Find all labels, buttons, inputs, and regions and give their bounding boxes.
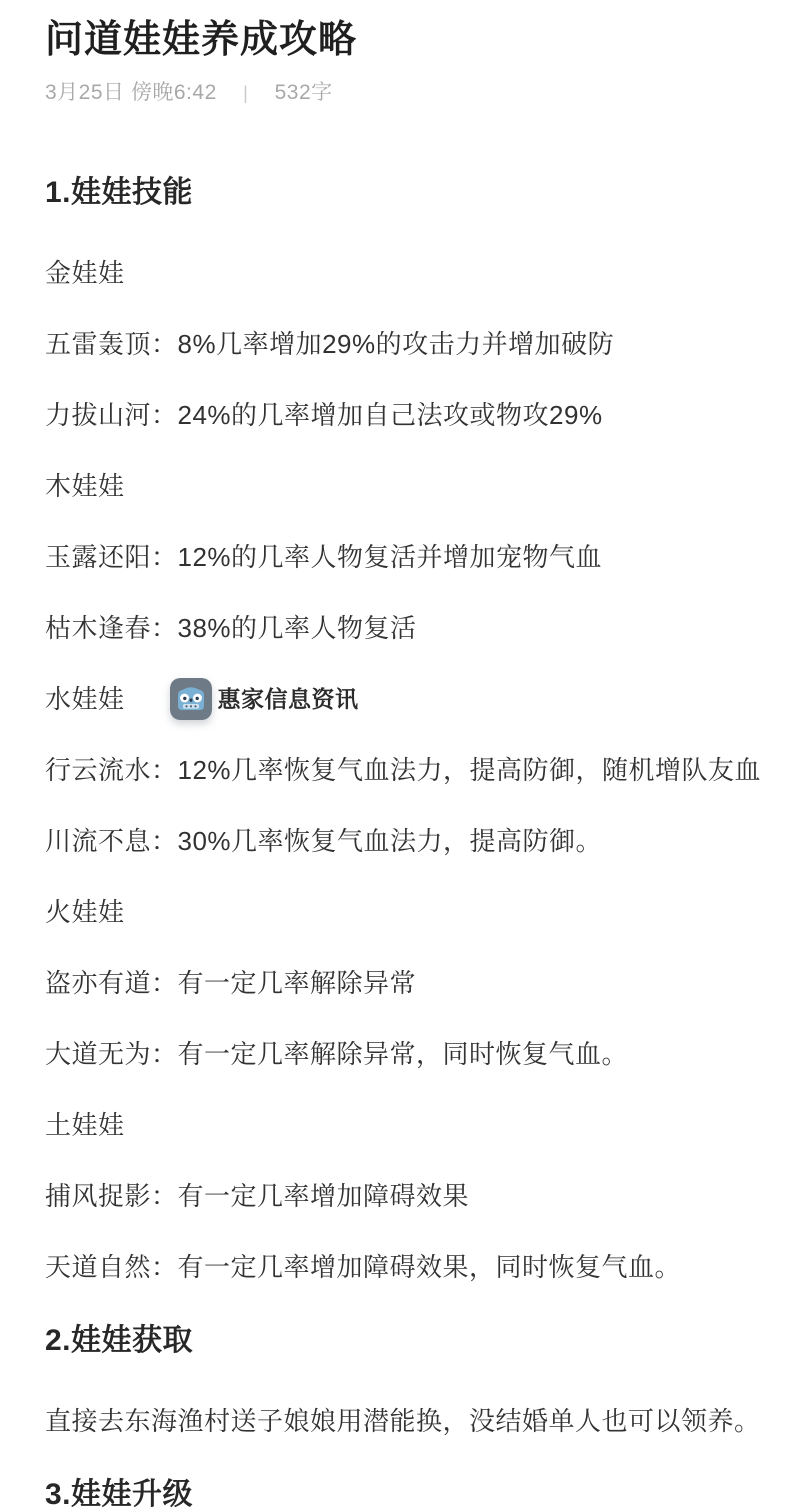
paragraph-gold-doll: 金娃娃: [45, 257, 760, 289]
watermark: 惠家信息资讯: [170, 678, 359, 720]
section-doll-skills: 1.娃娃技能 金娃娃 五雷轰顶：8%几率增加29%的攻击力并增加破防 力拔山河：…: [45, 174, 760, 1283]
paragraph-skill: 玉露还阳：12%的几率人物复活并增加宠物气血: [45, 541, 760, 573]
paragraph-wood-doll: 木娃娃: [45, 470, 760, 502]
watermark-label: 惠家信息资讯: [218, 683, 359, 715]
paragraph-skill: 盗亦有道：有一定几率解除异常: [45, 967, 760, 999]
paragraph-skill: 行云流水：12%几率恢复气血法力，提高防御，随机增队友血: [45, 754, 760, 786]
paragraph-earth-doll: 土娃娃: [45, 1109, 760, 1141]
paragraph-skill: 大道无为：有一定几率解除异常，同时恢复气血。: [45, 1038, 760, 1070]
paragraph-obtain: 直接去东海渔村送子娘娘用潜能换，没结婚单人也可以领养。: [45, 1405, 760, 1437]
note-meta: 3月25日 傍晚6:42 | 532字: [45, 80, 760, 106]
section-heading: 3.娃娃升级: [45, 1476, 760, 1508]
paragraph-water-doll: 水娃娃 惠家信息资讯: [45, 683, 760, 715]
section-doll-obtain: 2.娃娃获取 直接去东海渔村送子娘娘用潜能换，没结婚单人也可以领养。: [45, 1322, 760, 1437]
notes-page: { "note": { "title": "问道娃娃养成攻略", "meta":…: [0, 0, 800, 1508]
note-word-count: 532字: [275, 81, 333, 104]
paragraph-skill: 五雷轰顶：8%几率增加29%的攻击力并增加破防: [45, 328, 760, 360]
note-datetime: 3月25日 傍晚6:42: [45, 81, 217, 104]
page-title: 问道娃娃养成攻略: [45, 16, 760, 64]
paragraph-skill: 枯木逢春：38%的几率人物复活: [45, 612, 760, 644]
section-heading: 2.娃娃获取: [45, 1322, 760, 1360]
robot-mascot-icon: [170, 678, 212, 720]
paragraph-skill: 捕风捉影：有一定几率增加障碍效果: [45, 1180, 760, 1212]
paragraph-text: 水娃娃: [45, 683, 125, 715]
note-article: 问道娃娃养成攻略 3月25日 傍晚6:42 | 532字 1.娃娃技能 金娃娃 …: [0, 0, 800, 1508]
section-doll-upgrade: 3.娃娃升级: [45, 1476, 760, 1508]
paragraph-skill: 川流不息：30%几率恢复气血法力，提高防御。: [45, 825, 760, 857]
meta-divider: |: [243, 83, 248, 103]
paragraph-skill: 天道自然：有一定几率增加障碍效果，同时恢复气血。: [45, 1251, 760, 1283]
paragraph-fire-doll: 火娃娃: [45, 896, 760, 928]
section-heading: 1.娃娃技能: [45, 174, 760, 212]
paragraph-skill: 力拔山河：24%的几率增加自己法攻或物攻29%: [45, 399, 760, 431]
